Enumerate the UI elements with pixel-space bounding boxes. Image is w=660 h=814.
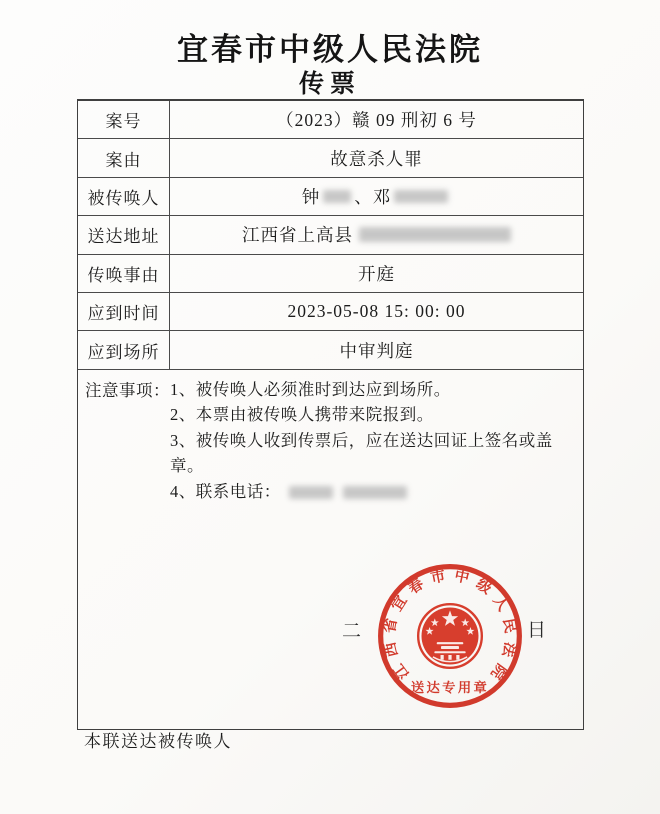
arrival-place-label: 应到场所: [78, 331, 170, 368]
national-emblem-icon: [418, 604, 482, 668]
arrival-place-value: 中审判庭: [170, 331, 583, 368]
summoned-person-label: 被传唤人: [78, 178, 170, 215]
copy-destination-note: 本联送达被传唤人: [84, 727, 232, 752]
cause-label: 案由: [78, 139, 170, 176]
note-item-1: 1、被传唤人必须准时到达应到场所。: [170, 377, 579, 403]
summons-table: 案号 （2023）赣 09 刑初 6 号 案由 故意杀人罪 被传唤人 钟 、邓 …: [77, 99, 584, 730]
court-name-title: 宜春市中级人民法院: [0, 24, 660, 69]
summoned-person-surname-1: 钟: [302, 184, 321, 209]
redacted-phone-1: [289, 486, 333, 499]
notes-list: 1、被传唤人必须准时到达应到场所。 2、本票由被传唤人携带来院报到。 3、被传唤…: [170, 377, 579, 505]
summoned-person-surname-2: 、邓: [354, 184, 391, 209]
notes-label: 注意事项：: [85, 377, 170, 505]
table-row-arrival-time: 应到时间 2023-05-08 15: 00: 00: [78, 293, 583, 331]
delivery-address-value: 江西省上高县: [170, 216, 583, 253]
summons-reason-value: 开庭: [170, 255, 583, 292]
case-number-label: 案号: [78, 101, 170, 138]
svg-text:西: 西: [381, 640, 401, 658]
note-item-4: 4、联系电话：: [170, 479, 579, 505]
table-row-case-number: 案号 （2023）赣 09 刑初 6 号: [78, 101, 583, 139]
svg-text:省: 省: [381, 617, 400, 635]
date-character-left: 二: [342, 616, 361, 643]
table-row-cause: 案由 故意杀人罪: [78, 139, 583, 177]
arrival-time-value: 2023-05-08 15: 00: 00: [170, 293, 583, 330]
svg-text:中: 中: [453, 567, 471, 587]
table-row-summoned-person: 被传唤人 钟 、邓: [78, 178, 583, 216]
svg-text:民: 民: [500, 617, 519, 635]
arrival-time-label: 应到时间: [78, 293, 170, 330]
seal-bottom-text: 送达专用章: [411, 679, 489, 695]
redacted-phone-2: [343, 486, 407, 499]
case-number-value: （2023）赣 09 刑初 6 号: [170, 101, 583, 138]
court-delivery-seal: 江西省宜春市中级人民法院: [374, 560, 526, 712]
delivery-address-prefix: 江西省上高县: [242, 222, 353, 247]
document-title: 传票: [0, 64, 660, 100]
date-character-right: 日: [527, 615, 546, 642]
redacted-address: [359, 227, 511, 242]
table-row-summons-reason: 传唤事由 开庭: [78, 255, 583, 293]
summons-document: 宜春市中级人民法院 传票 案号 （2023）赣 09 刑初 6 号 案由 故意杀…: [0, 0, 660, 814]
redacted-name-1: [323, 190, 351, 203]
table-row-arrival-place: 应到场所 中审判庭: [78, 331, 583, 369]
note-item-2: 2、本票由被传唤人携带来院报到。: [170, 402, 579, 428]
redacted-name-2: [394, 190, 448, 203]
table-row-delivery-address: 送达地址 江西省上高县: [78, 216, 583, 254]
note-item-3: 3、被传唤人收到传票后，应在送达回证上签名或盖章。: [170, 428, 579, 479]
notes-section: 注意事项： 1、被传唤人必须准时到达应到场所。 2、本票由被传唤人携带来院报到。…: [78, 370, 583, 729]
summoned-person-value: 钟 、邓: [170, 178, 583, 215]
delivery-address-label: 送达地址: [78, 216, 170, 253]
contact-phone-label: 4、联系电话：: [170, 482, 281, 501]
summons-reason-label: 传唤事由: [78, 255, 170, 292]
cause-value: 故意杀人罪: [170, 139, 583, 176]
svg-text:法: 法: [499, 640, 519, 658]
